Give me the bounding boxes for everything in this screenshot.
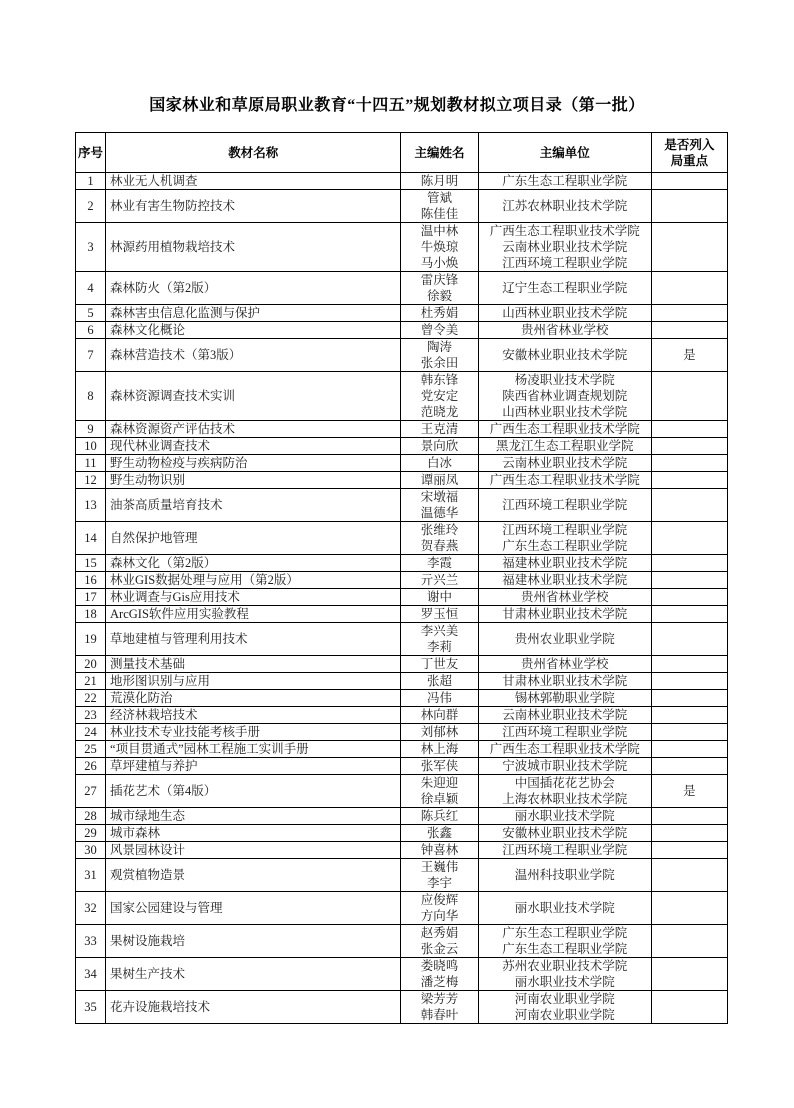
- row-number: 24: [76, 724, 106, 741]
- cell-line: 广东生态工程职业学院: [479, 538, 651, 554]
- editor-units: 锡林郭勒职业学院: [478, 690, 651, 707]
- cell-line: 丽水职业技术学院: [479, 900, 651, 916]
- editor-units: 江西环境工程职业学院: [478, 724, 651, 741]
- editor-names: 王巍伟李宇: [401, 859, 478, 892]
- cell-line: 荒漠化防治: [110, 690, 400, 706]
- editor-units: 广西生态工程职业技术学院: [478, 741, 651, 758]
- cell-line: 广东生态工程职业学院: [479, 941, 651, 957]
- cell-line: 李霞: [401, 555, 477, 571]
- row-number: 16: [76, 572, 106, 589]
- table-row: 27插花艺术（第4版）朱迎迎徐卓颖中国插花花艺协会上海农林职业技术学院是: [76, 775, 728, 808]
- cell-line: 张超: [401, 673, 477, 689]
- textbook-title: 现代林业调查技术: [106, 438, 401, 455]
- cell-line: 33: [76, 933, 105, 949]
- key-flag: [651, 758, 727, 775]
- row-number: 8: [76, 372, 106, 421]
- cell-line: 林业GIS数据处理与应用（第2版）: [110, 572, 400, 588]
- editor-units: 丽水职业技术学院: [478, 892, 651, 925]
- textbook-title: 插花艺术（第4版）: [106, 775, 401, 808]
- cell-line: 陈月明: [401, 173, 477, 189]
- cell-line: 宋墩福: [401, 489, 477, 505]
- textbook-title: 森林资源调查技术实训: [106, 372, 401, 421]
- cell-line: 野生动物检疫与疾病防治: [110, 455, 400, 471]
- textbook-title: 花卉设施栽培技术: [106, 991, 401, 1024]
- cell-line: 自然保护地管理: [110, 530, 400, 546]
- key-flag: [651, 656, 727, 673]
- cell-line: 徐毅: [401, 288, 477, 304]
- row-number: 19: [76, 623, 106, 656]
- row-number: 3: [76, 223, 106, 272]
- textbook-title: 荒漠化防治: [106, 690, 401, 707]
- row-number: 26: [76, 758, 106, 775]
- editor-units: 广东生态工程职业学院: [478, 173, 651, 190]
- cell-line: 娄晓鸣: [401, 958, 477, 974]
- editor-units: 广西生态工程职业技术学院云南林业职业技术学院江西环境工程职业学院: [478, 223, 651, 272]
- cell-line: 张鑫: [401, 825, 477, 841]
- editor-units: 云南林业职业技术学院: [478, 707, 651, 724]
- editor-units: 贵州省林业学校: [478, 322, 651, 339]
- cell-line: 冯伟: [401, 690, 477, 706]
- cell-line: 34: [76, 966, 105, 982]
- cell-line: 王巍伟: [401, 859, 477, 875]
- header-serial-number: 序号: [76, 133, 106, 173]
- editor-names: 谭丽凤: [401, 472, 478, 489]
- key-flag: [651, 223, 727, 272]
- key-flag: [651, 372, 727, 421]
- cell-line: 30: [76, 842, 105, 858]
- editor-names: 杜秀娟: [401, 305, 478, 322]
- cell-line: 草坪建植与养护: [110, 758, 400, 774]
- row-number: 18: [76, 606, 106, 623]
- textbook-table: 序号 教材名称 主编姓名 主编单位 是否列入 局重点 1林业无人机调查陈月明广东…: [75, 132, 728, 1024]
- cell-line: 黑龙江生态工程职业学院: [479, 438, 651, 454]
- cell-line: 地形图识别与应用: [110, 673, 400, 689]
- cell-line: 江西环境工程职业学院: [479, 522, 651, 538]
- cell-line: 甘肃林业职业技术学院: [479, 606, 651, 622]
- key-flag: [651, 522, 727, 555]
- key-flag: [651, 173, 727, 190]
- editor-names: 谢中: [401, 589, 478, 606]
- textbook-title: 城市绿地生态: [106, 808, 401, 825]
- cell-line: 云南林业职业技术学院: [479, 707, 651, 723]
- row-number: 6: [76, 322, 106, 339]
- editor-names: 宋墩福温德华: [401, 489, 478, 522]
- table-row: 14自然保护地管理张维玲贺春燕江西环境工程职业学院广东生态工程职业学院: [76, 522, 728, 555]
- key-flag: [651, 305, 727, 322]
- row-number: 25: [76, 741, 106, 758]
- table-row: 25“项目贯通式”园林工程施工实训手册林上海广西生态工程职业技术学院: [76, 741, 728, 758]
- textbook-title: 林业有害生物防控技术: [106, 190, 401, 223]
- key-flag: [651, 472, 727, 489]
- cell-line: 12: [76, 472, 105, 488]
- row-number: 13: [76, 489, 106, 522]
- editor-names: 李兴美李莉: [401, 623, 478, 656]
- cell-line: 李兴美: [401, 623, 477, 639]
- cell-line: 温州科技职业学院: [479, 867, 651, 883]
- table-row: 23经济林栽培技术林向群云南林业职业技术学院: [76, 707, 728, 724]
- cell-line: 10: [76, 438, 105, 454]
- row-number: 22: [76, 690, 106, 707]
- row-number: 2: [76, 190, 106, 223]
- table-header-row: 序号 教材名称 主编姓名 主编单位 是否列入 局重点: [76, 133, 728, 173]
- editor-names: 钟喜林: [401, 842, 478, 859]
- editor-names: 罗玉恒: [401, 606, 478, 623]
- cell-line: 城市绿地生态: [110, 808, 400, 824]
- cell-line: 河南农业职业学院: [479, 991, 651, 1007]
- editor-units: 河南农业职业学院河南农业职业学院: [478, 991, 651, 1024]
- table-row: 6森林文化概论曾令美贵州省林业学校: [76, 322, 728, 339]
- cell-line: 测量技术基础: [110, 656, 400, 672]
- textbook-title: “项目贯通式”园林工程施工实训手册: [106, 741, 401, 758]
- textbook-title: 林业GIS数据处理与应用（第2版）: [106, 572, 401, 589]
- textbook-title: 森林文化（第2版）: [106, 555, 401, 572]
- editor-names: 白冰: [401, 455, 478, 472]
- cell-line: 贵州农业职业学院: [479, 631, 651, 647]
- editor-units: 黑龙江生态工程职业学院: [478, 438, 651, 455]
- cell-line: 插花艺术（第4版）: [110, 783, 400, 799]
- row-number: 20: [76, 656, 106, 673]
- cell-line: 温德华: [401, 505, 477, 521]
- row-number: 31: [76, 859, 106, 892]
- cell-line: 林向群: [401, 707, 477, 723]
- editor-units: 中国插花花艺协会上海农林职业技术学院: [478, 775, 651, 808]
- row-number: 23: [76, 707, 106, 724]
- table-row: 1林业无人机调查陈月明广东生态工程职业学院: [76, 173, 728, 190]
- key-flag: [651, 859, 727, 892]
- editor-units: 江西环境工程职业学院: [478, 842, 651, 859]
- textbook-title: 城市森林: [106, 825, 401, 842]
- cell-line: 党安定: [401, 388, 477, 404]
- editor-units: 辽宁生态工程职业学院: [478, 272, 651, 305]
- cell-line: 罗玉恒: [401, 606, 477, 622]
- textbook-title: 经济林栽培技术: [106, 707, 401, 724]
- table-row: 19草地建植与管理利用技术李兴美李莉贵州农业职业学院: [76, 623, 728, 656]
- table-row: 9森林资源资产评估技术王克清广西生态工程职业技术学院: [76, 421, 728, 438]
- header-key-listing: 是否列入 局重点: [651, 133, 727, 173]
- editor-units: 温州科技职业学院: [478, 859, 651, 892]
- key-flag: [651, 991, 727, 1024]
- cell-line: 29: [76, 825, 105, 841]
- editor-names: 王克清: [401, 421, 478, 438]
- cell-line: 江苏农林职业技术学院: [479, 198, 651, 214]
- textbook-title: 国家公园建设与管理: [106, 892, 401, 925]
- textbook-title: 森林文化概论: [106, 322, 401, 339]
- cell-line: 森林资源调查技术实训: [110, 388, 400, 404]
- textbook-title: 风景园林设计: [106, 842, 401, 859]
- textbook-title: 林业无人机调查: [106, 173, 401, 190]
- table-row: 16林业GIS数据处理与应用（第2版）亓兴兰福建林业职业技术学院: [76, 572, 728, 589]
- table-row: 12野生动物识别谭丽凤广西生态工程职业技术学院: [76, 472, 728, 489]
- textbook-title: 果树生产技术: [106, 958, 401, 991]
- row-number: 7: [76, 339, 106, 372]
- row-number: 29: [76, 825, 106, 842]
- editor-names: 陈兵红: [401, 808, 478, 825]
- editor-names: 张军侠: [401, 758, 478, 775]
- cell-line: 范晓龙: [401, 404, 477, 420]
- textbook-title: 油茶高质量培育技术: [106, 489, 401, 522]
- editor-names: 管斌陈佳佳: [401, 190, 478, 223]
- key-flag: [651, 272, 727, 305]
- editor-names: 应俊辉方向华: [401, 892, 478, 925]
- key-flag: [651, 421, 727, 438]
- editor-names: 陈月明: [401, 173, 478, 190]
- table-header: 序号 教材名称 主编姓名 主编单位 是否列入 局重点: [76, 133, 728, 173]
- editor-names: 丁世友: [401, 656, 478, 673]
- table-row: 2林业有害生物防控技术管斌陈佳佳江苏农林职业技术学院: [76, 190, 728, 223]
- row-number: 34: [76, 958, 106, 991]
- cell-line: 潘芝梅: [401, 974, 477, 990]
- row-number: 21: [76, 673, 106, 690]
- cell-line: 21: [76, 673, 105, 689]
- cell-line: 11: [76, 455, 105, 471]
- editor-names: 冯伟: [401, 690, 478, 707]
- key-flag: [651, 623, 727, 656]
- cell-line: 林业调查与Gis应用技术: [110, 589, 400, 605]
- cell-line: 江西环境工程职业学院: [479, 724, 651, 740]
- editor-names: 张鑫: [401, 825, 478, 842]
- cell-line: 赵秀娟: [401, 925, 477, 941]
- key-flag: [651, 741, 727, 758]
- editor-units: 贵州省林业学校: [478, 656, 651, 673]
- cell-line: 贵州省林业学校: [479, 589, 651, 605]
- cell-line: 森林文化概论: [110, 322, 400, 338]
- row-number: 28: [76, 808, 106, 825]
- cell-line: 草地建植与管理利用技术: [110, 631, 400, 647]
- key-flag: [651, 606, 727, 623]
- header-editor-unit: 主编单位: [478, 133, 651, 173]
- cell-line: 丽水职业技术学院: [479, 808, 651, 824]
- table-row: 26草坪建植与养护张军侠宁波城市职业技术学院: [76, 758, 728, 775]
- editor-units: 丽水职业技术学院: [478, 808, 651, 825]
- key-flag: [651, 842, 727, 859]
- cell-line: 丁世友: [401, 656, 477, 672]
- editor-names: 亓兴兰: [401, 572, 478, 589]
- table-row: 24林业技术专业技能考核手册刘郁林江西环境工程职业学院: [76, 724, 728, 741]
- table-row: 3林源药用植物栽培技术温中林牛焕琼马小焕广西生态工程职业技术学院云南林业职业技术…: [76, 223, 728, 272]
- table-row: 21地形图识别与应用张超甘肃林业职业技术学院: [76, 673, 728, 690]
- editor-units: 广西生态工程职业技术学院: [478, 472, 651, 489]
- editor-names: 张维玲贺春燕: [401, 522, 478, 555]
- key-flag: [651, 892, 727, 925]
- table-row: 13油茶高质量培育技术宋墩福温德华江西环境工程职业学院: [76, 489, 728, 522]
- cell-line: 22: [76, 690, 105, 706]
- table-row: 31观赏植物造景王巍伟李宇温州科技职业学院: [76, 859, 728, 892]
- header-key-line2: 局重点: [652, 153, 727, 169]
- cell-line: 野生动物识别: [110, 472, 400, 488]
- row-number: 35: [76, 991, 106, 1024]
- cell-line: 31: [76, 867, 105, 883]
- cell-line: 林业无人机调查: [110, 173, 400, 189]
- header-textbook-name: 教材名称: [106, 133, 401, 173]
- textbook-title: 林业技术专业技能考核手册: [106, 724, 401, 741]
- cell-line: 李莉: [401, 639, 477, 655]
- textbook-title: 森林营造技术（第3版）: [106, 339, 401, 372]
- cell-line: 朱迎迎: [401, 775, 477, 791]
- table-row: 5森林害虫信息化监测与保护杜秀娟山西林业职业技术学院: [76, 305, 728, 322]
- cell-line: 马小焕: [401, 255, 477, 271]
- textbook-title: 测量技术基础: [106, 656, 401, 673]
- table-row: 10现代林业调查技术景向欣黑龙江生态工程职业学院: [76, 438, 728, 455]
- cell-line: 国家公园建设与管理: [110, 900, 400, 916]
- cell-line: 雷庆锋: [401, 272, 477, 288]
- editor-units: 福建林业职业技术学院: [478, 572, 651, 589]
- key-flag: [651, 489, 727, 522]
- row-number: 17: [76, 589, 106, 606]
- textbook-title: 森林害虫信息化监测与保护: [106, 305, 401, 322]
- cell-line: 亓兴兰: [401, 572, 477, 588]
- editor-units: 江苏农林职业技术学院: [478, 190, 651, 223]
- key-flag: [651, 724, 727, 741]
- cell-line: 方向华: [401, 908, 477, 924]
- cell-line: 14: [76, 530, 105, 546]
- editor-names: 刘郁林: [401, 724, 478, 741]
- cell-line: 25: [76, 741, 105, 757]
- cell-line: 16: [76, 572, 105, 588]
- cell-line: 韩东锋: [401, 372, 477, 388]
- cell-line: 1: [76, 173, 105, 189]
- cell-line: 风景园林设计: [110, 842, 400, 858]
- cell-line: 徐卓颖: [401, 791, 477, 807]
- editor-units: 贵州省林业学校: [478, 589, 651, 606]
- cell-line: 江西环境工程职业学院: [479, 497, 651, 513]
- cell-line: 贵州省林业学校: [479, 322, 651, 338]
- cell-line: 上海农林职业技术学院: [479, 791, 651, 807]
- editor-units: 甘肃林业职业技术学院: [478, 606, 651, 623]
- cell-line: 林源药用植物栽培技术: [110, 239, 400, 255]
- cell-line: 林上海: [401, 741, 477, 757]
- editor-names: 朱迎迎徐卓颖: [401, 775, 478, 808]
- cell-line: 广东生态工程职业学院: [479, 173, 651, 189]
- editor-units: 山西林业职业技术学院: [478, 305, 651, 322]
- key-flag: [651, 707, 727, 724]
- editor-units: 安徽林业职业技术学院: [478, 339, 651, 372]
- table-row: 33果树设施栽培赵秀娟张金云广东生态工程职业学院广东生态工程职业学院: [76, 925, 728, 958]
- cell-line: 4: [76, 280, 105, 296]
- cell-line: 果树生产技术: [110, 966, 400, 982]
- cell-line: 张维玲: [401, 522, 477, 538]
- cell-line: 6: [76, 322, 105, 338]
- cell-line: 锡林郭勒职业学院: [479, 690, 651, 706]
- row-number: 15: [76, 555, 106, 572]
- cell-line: 广西生态工程职业技术学院: [479, 472, 651, 488]
- cell-line: 甘肃林业职业技术学院: [479, 673, 651, 689]
- row-number: 11: [76, 455, 106, 472]
- editor-units: 广东生态工程职业学院广东生态工程职业学院: [478, 925, 651, 958]
- cell-line: 7: [76, 347, 105, 363]
- row-number: 14: [76, 522, 106, 555]
- cell-line: 17: [76, 589, 105, 605]
- cell-line: 曾令美: [401, 322, 477, 338]
- row-number: 10: [76, 438, 106, 455]
- key-flag: [651, 808, 727, 825]
- editor-units: 安徽林业职业技术学院: [478, 825, 651, 842]
- cell-line: 观赏植物造景: [110, 867, 400, 883]
- cell-line: 林业技术专业技能考核手册: [110, 724, 400, 740]
- table-row: 20测量技术基础丁世友贵州省林业学校: [76, 656, 728, 673]
- cell-line: 27: [76, 783, 105, 799]
- cell-line: 13: [76, 497, 105, 513]
- row-number: 9: [76, 421, 106, 438]
- cell-line: 李宇: [401, 875, 477, 891]
- textbook-title: 草地建植与管理利用技术: [106, 623, 401, 656]
- header-editor-name: 主编姓名: [401, 133, 478, 173]
- cell-line: 28: [76, 808, 105, 824]
- cell-line: 牛焕琼: [401, 239, 477, 255]
- row-number: 33: [76, 925, 106, 958]
- cell-line: 陶涛: [401, 339, 477, 355]
- cell-line: 20: [76, 656, 105, 672]
- document-title: 国家林业和草原局职业教育“十四五”规划教材拟立项目录（第一批）: [0, 92, 794, 115]
- cell-line: 陈佳佳: [401, 206, 477, 222]
- cell-line: 19: [76, 631, 105, 647]
- cell-line: 山西林业职业技术学院: [479, 404, 651, 420]
- cell-line: 森林营造技术（第3版）: [110, 347, 400, 363]
- key-flag: [651, 925, 727, 958]
- textbook-title: 森林防火（第2版）: [106, 272, 401, 305]
- cell-line: 张余田: [401, 355, 477, 371]
- cell-line: 谭丽凤: [401, 472, 477, 488]
- key-flag: [651, 958, 727, 991]
- cell-line: 贵州省林业学校: [479, 656, 651, 672]
- cell-line: 3: [76, 239, 105, 255]
- editor-names: 李霞: [401, 555, 478, 572]
- row-number: 5: [76, 305, 106, 322]
- editor-names: 曾令美: [401, 322, 478, 339]
- cell-line: 钟喜林: [401, 842, 477, 858]
- cell-line: 宁波城市职业技术学院: [479, 758, 651, 774]
- row-number: 12: [76, 472, 106, 489]
- cell-line: 云南林业职业技术学院: [479, 455, 651, 471]
- cell-line: 福建林业职业技术学院: [479, 555, 651, 571]
- textbook-title: 观赏植物造景: [106, 859, 401, 892]
- cell-line: 广西生态工程职业技术学院: [479, 223, 651, 239]
- cell-line: 云南林业职业技术学院: [479, 239, 651, 255]
- cell-line: 8: [76, 388, 105, 404]
- editor-names: 赵秀娟张金云: [401, 925, 478, 958]
- cell-line: 谢中: [401, 589, 477, 605]
- cell-line: 森林资源资产评估技术: [110, 421, 400, 437]
- table-row: 15森林文化（第2版）李霞福建林业职业技术学院: [76, 555, 728, 572]
- editor-names: 张超: [401, 673, 478, 690]
- table-row: 29城市森林张鑫安徽林业职业技术学院: [76, 825, 728, 842]
- editor-units: 杨凌职业技术学院陕西省林业调查规划院山西林业职业技术学院: [478, 372, 651, 421]
- cell-line: 15: [76, 555, 105, 571]
- cell-line: 温中林: [401, 223, 477, 239]
- row-number: 32: [76, 892, 106, 925]
- cell-line: 23: [76, 707, 105, 723]
- cell-line: 贺春燕: [401, 538, 477, 554]
- cell-line: 福建林业职业技术学院: [479, 572, 651, 588]
- cell-line: 河南农业职业学院: [479, 1007, 651, 1023]
- editor-units: 江西环境工程职业学院广东生态工程职业学院: [478, 522, 651, 555]
- table-row: 32国家公园建设与管理应俊辉方向华丽水职业技术学院: [76, 892, 728, 925]
- table-row: 34果树生产技术娄晓鸣潘芝梅苏州农业职业技术学院丽水职业技术学院: [76, 958, 728, 991]
- cell-line: 经济林栽培技术: [110, 707, 400, 723]
- cell-line: 江西环境工程职业学院: [479, 255, 651, 271]
- cell-line: 王克清: [401, 421, 477, 437]
- textbook-table-body: 1林业无人机调查陈月明广东生态工程职业学院2林业有害生物防控技术管斌陈佳佳江苏农…: [76, 173, 728, 1024]
- editor-names: 雷庆锋徐毅: [401, 272, 478, 305]
- textbook-title: ArcGIS软件应用实验教程: [106, 606, 401, 623]
- cell-line: 花卉设施栽培技术: [110, 999, 400, 1015]
- key-flag: [651, 555, 727, 572]
- textbook-title: 地形图识别与应用: [106, 673, 401, 690]
- cell-line: 32: [76, 900, 105, 916]
- table-row: 17林业调查与Gis应用技术谢中贵州省林业学校: [76, 589, 728, 606]
- key-flag: [651, 572, 727, 589]
- cell-line: 森林害虫信息化监测与保护: [110, 305, 400, 321]
- table-row: 18ArcGIS软件应用实验教程罗玉恒甘肃林业职业技术学院: [76, 606, 728, 623]
